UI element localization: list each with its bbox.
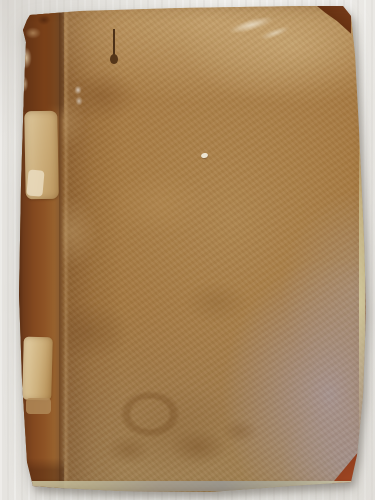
ink-mark bbox=[113, 29, 115, 58]
spine-tape-patch-lower-extension bbox=[26, 398, 51, 414]
photo-background bbox=[0, 0, 375, 500]
page-edge-bottom bbox=[28, 481, 352, 491]
hinge-groove bbox=[59, 8, 69, 492]
spine-top-wear bbox=[20, 12, 59, 112]
page-edge-right bbox=[359, 95, 365, 455]
white-speck-pair bbox=[72, 84, 86, 108]
spine-tape-patch-middle bbox=[24, 111, 59, 200]
book-cover bbox=[0, 0, 375, 500]
spine-tape-patch-lower bbox=[22, 337, 53, 401]
book-shadow bbox=[0, 0, 375, 500]
